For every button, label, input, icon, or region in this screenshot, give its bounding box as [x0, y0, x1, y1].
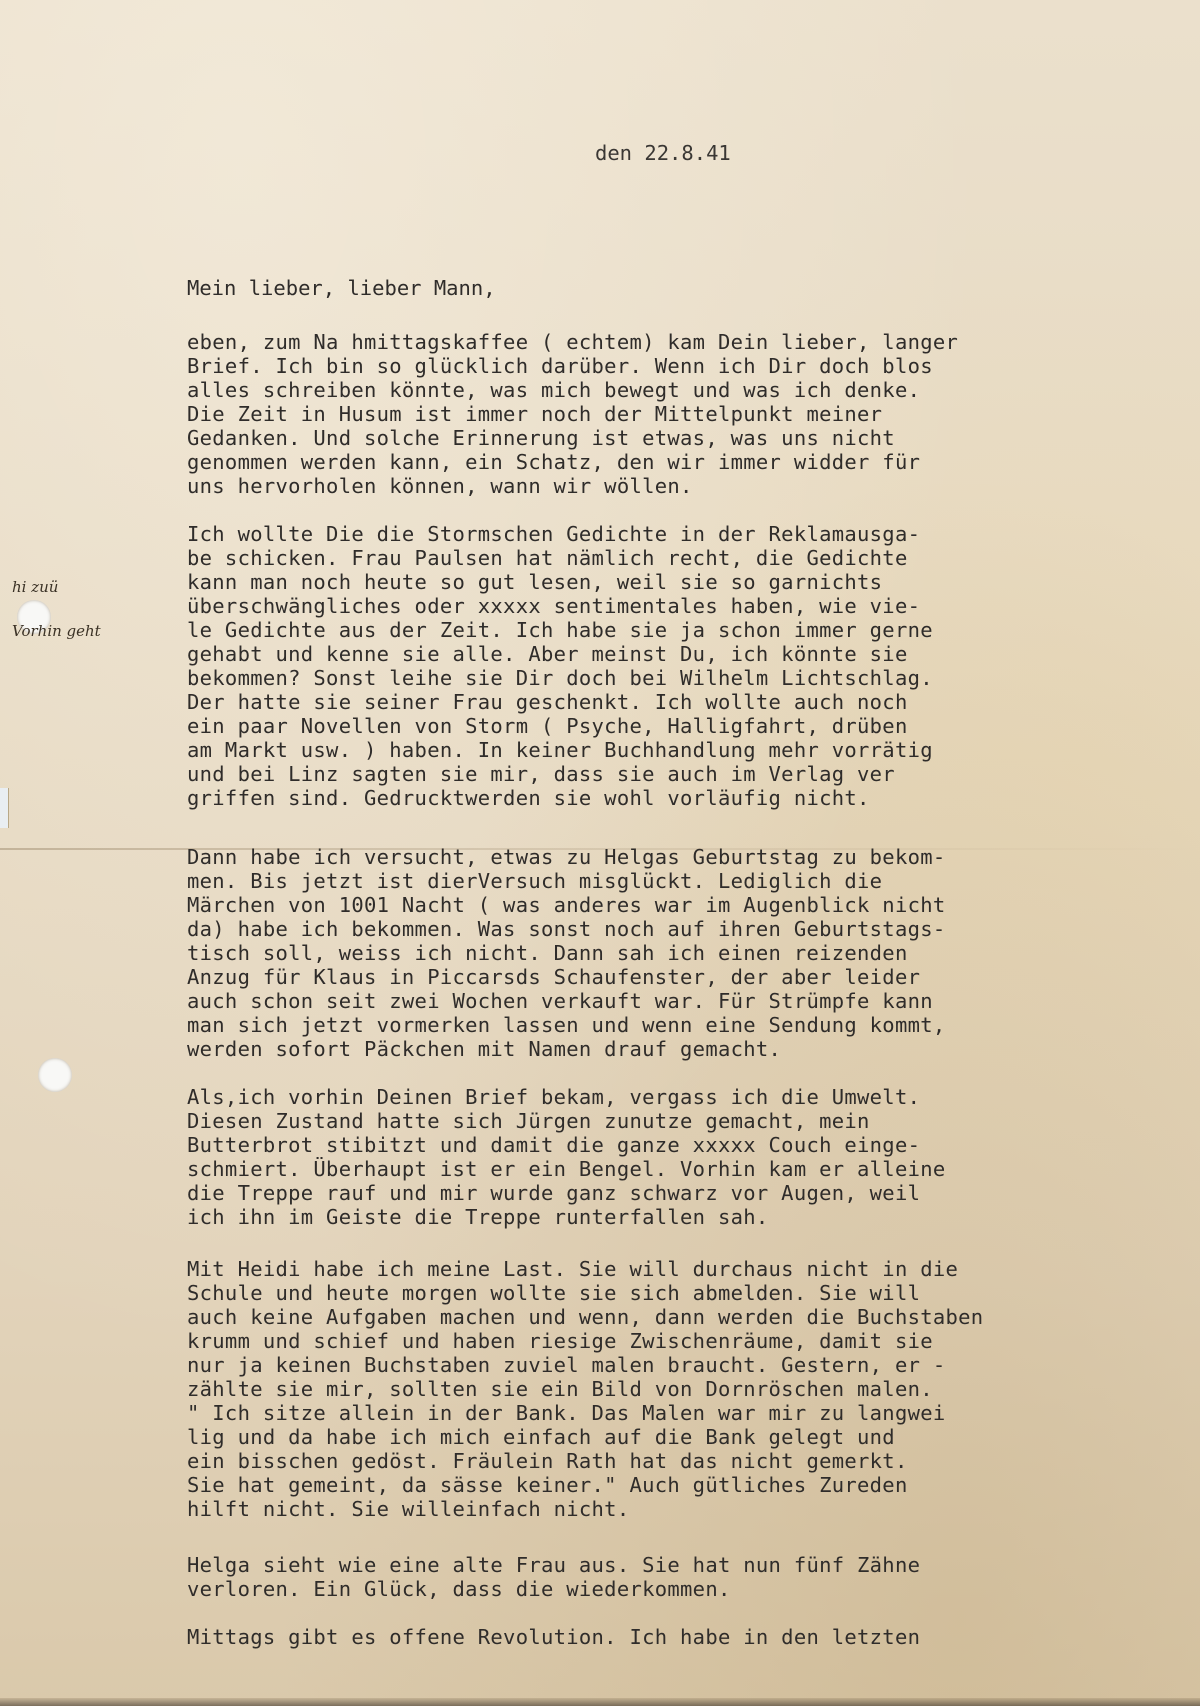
letter-salutation: Mein lieber, lieber Mann,: [187, 276, 496, 300]
text-line: men. Bis jetzt ist dierVersuch misglückt…: [187, 869, 1167, 893]
paper-edge-tear: [0, 788, 9, 828]
paragraph-4: Als,ich vorhin Deinen Brief bekam, verga…: [187, 1085, 1167, 1229]
text-line: ein paar Novellen von Storm ( Psyche, Ha…: [187, 714, 1167, 738]
text-line: am Markt usw. ) haben. In keiner Buchhan…: [187, 738, 1167, 762]
text-line: krumm und schief und haben riesige Zwisc…: [187, 1329, 1167, 1353]
text-line: werden sofort Päckchen mit Namen drauf g…: [187, 1037, 1167, 1061]
text-line: kann man noch heute so gut lesen, weil s…: [187, 570, 1167, 594]
paragraph-2: Ich wollte Die die Stormschen Gedichte i…: [187, 522, 1167, 810]
text-line: lig und da habe ich mich einfach auf die…: [187, 1425, 1167, 1449]
paragraph-6: Helga sieht wie eine alte Frau aus. Sie …: [187, 1553, 1167, 1601]
text-line: die Treppe rauf und mir wurde ganz schwa…: [187, 1181, 1167, 1205]
paragraph-3: Dann habe ich versucht, etwas zu Helgas …: [187, 845, 1167, 1061]
text-line: be schicken. Frau Paulsen hat nämlich re…: [187, 546, 1167, 570]
text-line: nur ja keinen Buchstaben zuviel malen br…: [187, 1353, 1167, 1377]
text-line: Ich wollte Die die Stormschen Gedichte i…: [187, 522, 1167, 546]
text-line: verloren. Ein Glück, dass die wiederkomm…: [187, 1577, 1167, 1601]
text-line: gehabt und kenne sie alle. Aber meinst D…: [187, 642, 1167, 666]
paragraph-5: Mit Heidi habe ich meine Last. Sie will …: [187, 1257, 1167, 1521]
text-line: da) habe ich bekommen. Was sonst noch au…: [187, 917, 1167, 941]
paper-bottom-edge: [0, 1698, 1200, 1706]
text-line: Mittags gibt es offene Revolution. Ich h…: [187, 1625, 1167, 1649]
text-line: Gedanken. Und solche Erinnerung ist etwa…: [187, 426, 1167, 450]
text-line: zählte sie mir, sollten sie ein Bild von…: [187, 1377, 1167, 1401]
text-line: Mit Heidi habe ich meine Last. Sie will …: [187, 1257, 1167, 1281]
text-line: Anzug für Klaus in Piccarsds Schaufenste…: [187, 965, 1167, 989]
text-line: Als,ich vorhin Deinen Brief bekam, verga…: [187, 1085, 1167, 1109]
text-line: Schule und heute morgen wollte sie sich …: [187, 1281, 1167, 1305]
text-line: eben, zum Na hmittagskaffee ( echtem) ka…: [187, 330, 1167, 354]
text-line: Märchen von 1001 Nacht ( was anderes war…: [187, 893, 1167, 917]
text-line: ein bisschen gedöst. Fräulein Rath hat d…: [187, 1449, 1167, 1473]
text-line: Diesen Zustand hatte sich Jürgen zunutze…: [187, 1109, 1167, 1133]
text-line: genommen werden kann, ein Schatz, den wi…: [187, 450, 1167, 474]
text-line: Sie hat gemeint, da sässe keiner." Auch …: [187, 1473, 1167, 1497]
text-line: griffen sind. Gedrucktwerden sie wohl vo…: [187, 786, 1167, 810]
margin-note-line-2: Vorhin geht: [12, 622, 101, 640]
text-line: Der hatte sie seiner Frau geschenkt. Ich…: [187, 690, 1167, 714]
text-line: Helga sieht wie eine alte Frau aus. Sie …: [187, 1553, 1167, 1577]
text-line: man sich jetzt vormerken lassen und wenn…: [187, 1013, 1167, 1037]
text-line: uns hervorholen können, wann wir wöllen.: [187, 474, 1167, 498]
paragraph-1: eben, zum Na hmittagskaffee ( echtem) ka…: [187, 330, 1167, 498]
text-line: " Ich sitze allein in der Bank. Das Male…: [187, 1401, 1167, 1425]
text-line: Die Zeit in Husum ist immer noch der Mit…: [187, 402, 1167, 426]
text-line: bekommen? Sonst leihe sie Dir doch bei W…: [187, 666, 1167, 690]
punch-hole-lower: [38, 1058, 72, 1092]
text-line: ich ihn im Geiste die Treppe runterfalle…: [187, 1205, 1167, 1229]
text-line: schmiert. Überhaupt ist er ein Bengel. V…: [187, 1157, 1167, 1181]
text-line: Brief. Ich bin so glücklich darüber. Wen…: [187, 354, 1167, 378]
text-line: hilft nicht. Sie willeinfach nicht.: [187, 1497, 1167, 1521]
letter-date: den 22.8.41: [595, 141, 731, 165]
text-line: Dann habe ich versucht, etwas zu Helgas …: [187, 845, 1167, 869]
text-line: le Gedichte aus der Zeit. Ich habe sie j…: [187, 618, 1167, 642]
text-line: auch keine Aufgaben machen und wenn, dan…: [187, 1305, 1167, 1329]
text-line: tisch soll, weiss ich nicht. Dann sah ic…: [187, 941, 1167, 965]
text-line: und bei Linz sagten sie mir, dass sie au…: [187, 762, 1167, 786]
text-line: überschwängliches oder xxxxx sentimental…: [187, 594, 1167, 618]
text-line: Butterbrot stibitzt und damit die ganze …: [187, 1133, 1167, 1157]
paragraph-7: Mittags gibt es offene Revolution. Ich h…: [187, 1625, 1167, 1649]
text-line: alles schreiben könnte, was mich bewegt …: [187, 378, 1167, 402]
text-line: auch schon seit zwei Wochen verkauft war…: [187, 989, 1167, 1013]
margin-note-line-1: hi zuü: [12, 578, 58, 596]
